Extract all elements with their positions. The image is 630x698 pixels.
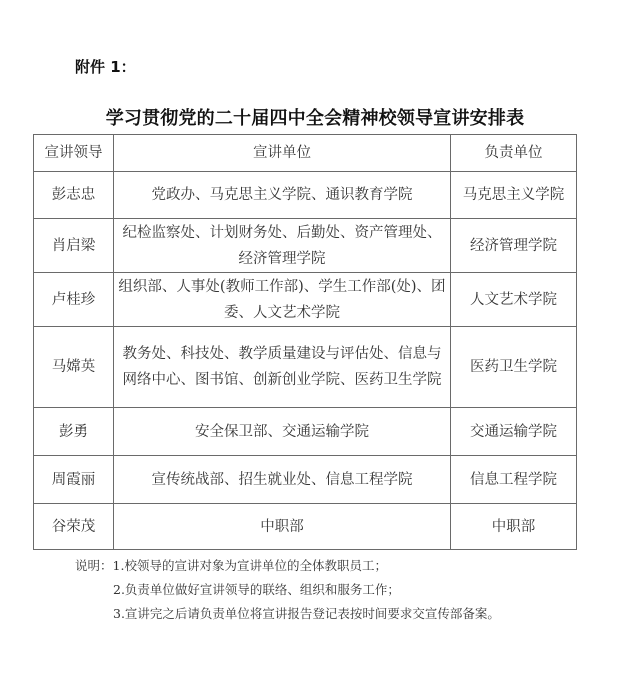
note-line-2: 2.负责单位做好宣讲领导的联络、组织和服务工作； <box>75 578 500 602</box>
cell-leader: 周霞丽 <box>34 456 114 504</box>
cell-responsible: 中职部 <box>451 504 577 550</box>
header-units: 宣讲单位 <box>114 135 451 172</box>
attachment-label: 附件 1： <box>75 56 136 77</box>
cell-responsible: 信息工程学院 <box>451 456 577 504</box>
cell-units: 纪检监察处、计划财务处、后勤处、资产管理处、经济管理学院 <box>114 219 451 273</box>
cell-units: 中职部 <box>114 504 451 550</box>
cell-leader: 马嫦英 <box>34 327 114 408</box>
note-line-3: 3.宣讲完之后请负责单位将宣讲报告登记表按时间要求交宣传部备案。 <box>75 602 500 626</box>
cell-units: 教务处、科技处、教学质量建设与评估处、信息与网络中心、图书馆、创新创业学院、医药… <box>114 327 451 408</box>
header-leader: 宣讲领导 <box>34 135 114 172</box>
table-row: 周霞丽 宣传统战部、招生就业处、信息工程学院 信息工程学院 <box>34 456 577 504</box>
cell-units: 组织部、人事处(教师工作部)、学生工作部(处)、团委、人文艺术学院 <box>114 273 451 327</box>
table-row: 卢桂珍 组织部、人事处(教师工作部)、学生工作部(处)、团委、人文艺术学院 人文… <box>34 273 577 327</box>
cell-leader: 卢桂珍 <box>34 273 114 327</box>
cell-units: 党政办、马克思主义学院、通识教育学院 <box>114 172 451 219</box>
table-row: 彭志忠 党政办、马克思主义学院、通识教育学院 马克思主义学院 <box>34 172 577 219</box>
note-item: 2.负责单位做好宣讲领导的联络、组织和服务工作； <box>113 582 400 597</box>
note-item: 1.校领导的宣讲对象为宣讲单位的全体教职员工； <box>113 558 387 573</box>
cell-responsible: 经济管理学院 <box>451 219 577 273</box>
cell-leader: 谷荣茂 <box>34 504 114 550</box>
cell-responsible: 医药卫生学院 <box>451 327 577 408</box>
cell-leader: 彭勇 <box>34 408 114 456</box>
table-header-row: 宣讲领导 宣讲单位 负责单位 <box>34 135 577 172</box>
cell-leader: 彭志忠 <box>34 172 114 219</box>
table-row: 肖启梁 纪检监察处、计划财务处、后勤处、资产管理处、经济管理学院 经济管理学院 <box>34 219 577 273</box>
cell-responsible: 人文艺术学院 <box>451 273 577 327</box>
schedule-table: 宣讲领导 宣讲单位 负责单位 彭志忠 党政办、马克思主义学院、通识教育学院 马克… <box>33 134 577 550</box>
table-row: 谷荣茂 中职部 中职部 <box>34 504 577 550</box>
table-row: 马嫦英 教务处、科技处、教学质量建设与评估处、信息与网络中心、图书馆、创新创业学… <box>34 327 577 408</box>
cell-leader: 肖启梁 <box>34 219 114 273</box>
table-row: 彭勇 安全保卫部、交通运输学院 交通运输学院 <box>34 408 577 456</box>
note-item: 3.宣讲完之后请负责单位将宣讲报告登记表按时间要求交宣传部备案。 <box>113 606 500 621</box>
header-responsible: 负责单位 <box>451 135 577 172</box>
cell-responsible: 交通运输学院 <box>451 408 577 456</box>
document-title: 学习贯彻党的二十届四中全会精神校领导宣讲安排表 <box>0 104 630 130</box>
note-line-1: 说明：1.校领导的宣讲对象为宣讲单位的全体教职员工； <box>75 554 500 578</box>
cell-responsible: 马克思主义学院 <box>451 172 577 219</box>
cell-units: 宣传统战部、招生就业处、信息工程学院 <box>114 456 451 504</box>
cell-units: 安全保卫部、交通运输学院 <box>114 408 451 456</box>
notes-section: 说明：1.校领导的宣讲对象为宣讲单位的全体教职员工； 2.负责单位做好宣讲领导的… <box>75 554 500 626</box>
notes-label: 说明： <box>75 558 113 573</box>
